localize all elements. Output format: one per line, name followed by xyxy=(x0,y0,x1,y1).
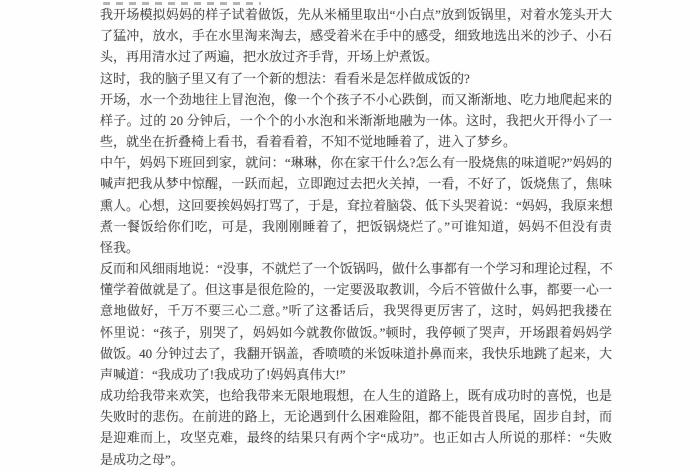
essay-line: 些，就坐在折叠椅上看书，看着看着，不知不觉地睡着了，进入了梦乡。 xyxy=(100,131,612,152)
essay-line: 成功给我带来欢笑，也给我带来无限地瑕想，在人生的道路上，既有成功时的喜悦，也是 xyxy=(100,385,612,406)
essay-line: 是成功之母”。 xyxy=(100,449,612,470)
essay-line: 开场，水一个劲地往上冒泡泡，像一个个孩子不小心跌倒，而又渐渐地、吃力地爬起来的 xyxy=(100,89,612,110)
essay-line: 熏人。心想，这回要挨妈妈打骂了，于是，耷拉着脑袋、低下头哭着说：“妈妈，我原来想 xyxy=(100,195,612,216)
essay-line: 我开场模拟妈妈的样子试着做饭，先从米桶里取出“小白点”放到饭锅里，对着水笼头开大 xyxy=(100,4,612,25)
essay-line: 反而和风细雨地说：“没事，不就烂了一个饭锅吗，做什么事都有一个学习和理论过程，不 xyxy=(100,258,612,279)
essay-line: 了猛冲，放水，手在水里淘来淘去，感受着米在手中的感受，细致地选出米的沙子、小石 xyxy=(100,25,612,46)
essay-line: 做饭。40 分钟过去了，我翻开锅盖，香喷喷的米饭味道扑鼻而来，我快乐地跳了起来，… xyxy=(100,343,612,364)
essay-line: 样子。过的 20 分钟后，一个个的小水泡和米渐渐地融为一体。这时，我把火开得小了… xyxy=(100,110,612,131)
essay-line: 失败时的悲伤。在前进的路上，无论遇到什么困难险阻，都不能畏首畏尾，固步自封，而 xyxy=(100,406,612,427)
essay-text-block: 我开场模拟妈妈的样子试着做饭，先从米桶里取出“小白点”放到饭锅里，对着水笼头开大… xyxy=(100,4,612,470)
essay-line: 中午，妈妈下班回到家，就问：“琳琳，你在家干什么?怎么有一股烧焦的味道呢?”妈妈… xyxy=(100,152,612,173)
essay-line: 煮一餐饭给你们吃，可是，我刚刚睡着了，把饭锅烧烂了。”可谁知道，妈妈不但没有责 xyxy=(100,216,612,237)
essay-line: 懂学着做就是了。但这事是很危险的，一定要汲取教训，今后不管做什么事，都要一心一 xyxy=(100,279,612,300)
essay-line: 喊声把我从梦中惊醒，一跃而起，立即跑过去把火关掉，一看，不好了，饭烧焦了，焦味 xyxy=(100,173,612,194)
essay-line: 怪我。 xyxy=(100,237,612,258)
essay-line: 是迎难而上，攻坚克难，最终的结果只有两个字“成功”。也正如古人所说的那样：“失败 xyxy=(100,427,612,448)
essay-line: 意地做好，千万不要三心二意。”听了这番话后，我哭得更厉害了，这时，妈妈把我搂在 xyxy=(100,300,612,321)
scanned-essay-screenshot: { "page": { "background": "#fefefe", "te… xyxy=(0,0,700,470)
essay-line: 这时，我的脑子里又有了一个新的想法：看看米是怎样做成饭的? xyxy=(100,68,612,89)
essay-line: 头，再用清水过了两遍，把水放过齐手背，开场上炉煮饭。 xyxy=(100,46,612,67)
document-page: 我开场模拟妈妈的样子试着做饭，先从米桶里取出“小白点”放到饭锅里，对着水笼头开大… xyxy=(0,0,700,470)
essay-line: 声喊道：“我成功了!我成功了!妈妈真伟大!” xyxy=(100,364,612,385)
essay-line: 怀里说：“孩子，别哭了，妈妈如今就教你做饭。”顿时，我停顿了哭声，开场跟着妈妈学 xyxy=(100,322,612,343)
